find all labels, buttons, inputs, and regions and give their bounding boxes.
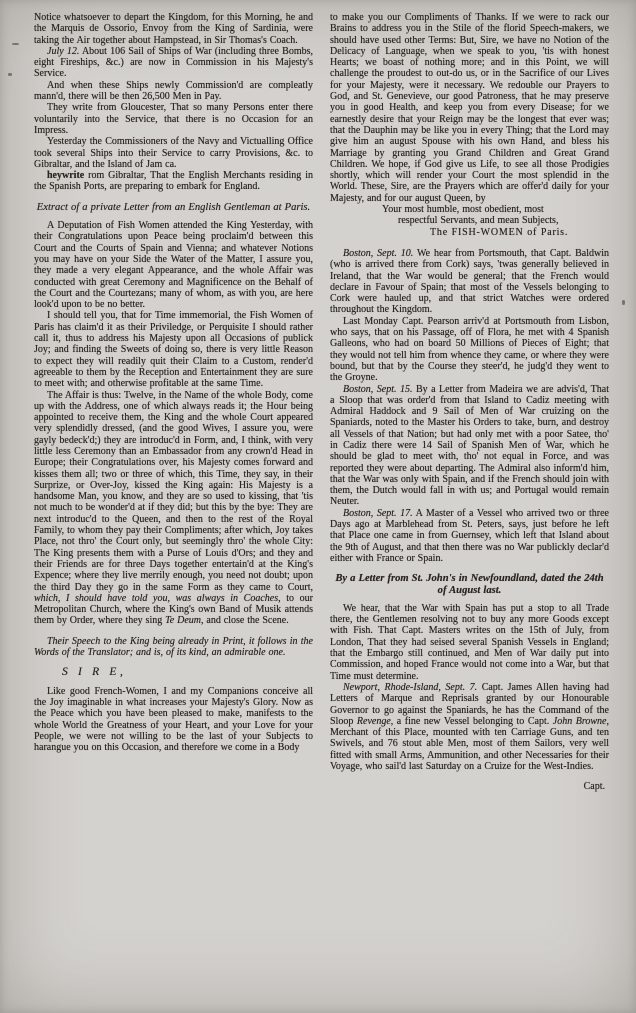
paragraph: Boston, Sept. 10. We hear from Portsmout… xyxy=(330,248,609,316)
right-column: to make you our Compliments of Thanks. I… xyxy=(330,12,609,793)
paragraph: respectful Servants, and mean Subjects, xyxy=(330,215,609,226)
column-layout: Notice whatsoever to depart the Kingdom,… xyxy=(0,0,636,797)
paragraph: And when these Ships newly Commission'd … xyxy=(34,80,313,103)
paragraph: The FISH-WOMEN of Paris. xyxy=(330,227,609,238)
left-column: Notice whatsoever to depart the Kingdom,… xyxy=(34,12,313,793)
paragraph: heywrite rom Gibraltar, That the English… xyxy=(34,170,313,193)
paragraph: Extract of a private Letter from an Engl… xyxy=(36,202,311,213)
paragraph: July 12. About 106 Sail of Ships of War … xyxy=(34,46,313,80)
newspaper-page: Notice whatsoever to depart the Kingdom,… xyxy=(0,0,636,1013)
paragraph: A Deputation of Fish Women attended the … xyxy=(34,220,313,310)
paragraph: Boston, Sept. 15. By a Letter from Madei… xyxy=(330,384,609,508)
paragraph: Capt. xyxy=(330,781,609,792)
paragraph: They write from Gloucester, That so many… xyxy=(34,102,313,136)
paragraph: Boston, Sept. 17. A Master of a Vessel w… xyxy=(330,508,609,564)
paragraph: Last Monday Capt. Pearson arriv'd at Por… xyxy=(330,316,609,384)
paragraph: Yesterday the Commissioners of the Navy … xyxy=(34,136,313,170)
paragraph: S I R E, xyxy=(34,667,313,678)
ink-speck xyxy=(8,73,12,76)
ink-speck xyxy=(622,300,625,305)
paragraph: Like good French-Women, I and my Compani… xyxy=(34,686,313,754)
paragraph: Notice whatsoever to depart the Kingdom,… xyxy=(34,12,313,46)
paragraph: The Affair is thus: Twelve, in the Name … xyxy=(34,390,313,627)
paragraph: We hear, that the War with Spain has put… xyxy=(330,603,609,682)
ink-speck xyxy=(12,43,19,45)
paragraph: Their Speech to the King being already i… xyxy=(34,636,313,659)
paragraph: Your most humble, most obedient, most xyxy=(330,204,609,215)
paragraph: Newport, Rhode-Island, Sept. 7. Capt. Ja… xyxy=(330,682,609,772)
paragraph: I should tell you, that for Time immemor… xyxy=(34,310,313,389)
paragraph: By a Letter from St. John's in Newfoundl… xyxy=(330,573,609,596)
paragraph: to make you our Compliments of Thanks. I… xyxy=(330,12,609,204)
